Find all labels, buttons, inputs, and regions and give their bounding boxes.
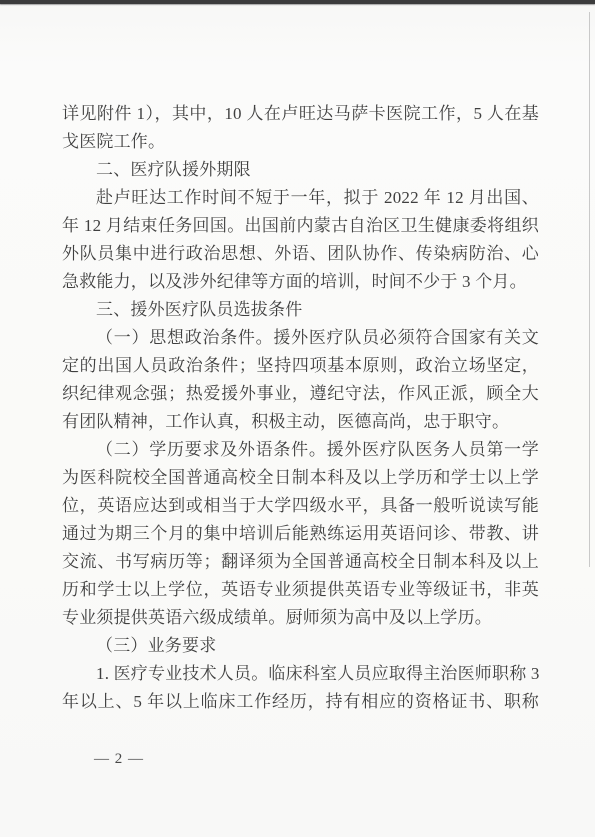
text-line: 位，英语应达到或相当于大学四级水平，具备一般听说读写能力， (62, 492, 539, 520)
text-line: 通过为期三个月的集中培训后能熟练运用英语问诊、带教、讲课、 (62, 520, 539, 548)
document-body: 详见附件 1），其中，10 人在卢旺达马萨卡医院工作，5 人在基本戈医院工作。二… (62, 100, 539, 716)
text-line: 织纪律观念强；热爱援外事业，遵纪守法，作风正派，顾全大局， (62, 380, 539, 408)
text-line: （二）学历要求及外语条件。援外医疗队医务人员第一学历须 (62, 436, 539, 464)
text-line: 有团队精神，工作认真，积极主动，医德高尚，忠于职守。 (62, 408, 539, 436)
text-line: （三）业务要求 (62, 632, 539, 660)
text-line: 专业须提供英语六级成绩单。厨师须为高中及以上学历。 (62, 604, 539, 632)
text-line: 交流、书写病历等；翻译须为全国普通高校全日制本科及以上学 (62, 548, 539, 576)
text-line: 急救能力，以及涉外纪律等方面的培训，时间不少于 3 个月。 (62, 268, 539, 296)
text-line: 历和学士以上学位，英语专业须提供英语专业等级证书，非英语 (62, 576, 539, 604)
text-line: 详见附件 1），其中，10 人在卢旺达马萨卡医院工作，5 人在基本 (62, 100, 539, 128)
text-line: 二、医疗队援外期限 (62, 156, 539, 184)
text-line: 外队员集中进行政治思想、外语、团队协作、传染病防治、心脏 (62, 240, 539, 268)
text-line: 1. 医疗专业技术人员。临床科室人员应取得主治医师职称 3 (62, 660, 539, 688)
text-line: 年以上、5 年以上临床工作经历，持有相应的资格证书、职称证书、 (62, 688, 539, 716)
text-line: 年 12 月结束任务回国。出国前内蒙古自治区卫生健康委将组织援 (62, 212, 539, 240)
text-line: 定的出国人员政治条件；坚持四项基本原则，政治立场坚定，组 (62, 352, 539, 380)
text-line: 赴卢旺达工作时间不短于一年，拟于 2022 年 12 月出国、2023 (62, 184, 539, 212)
page-number: — 2 — (94, 751, 144, 768)
text-line: 为医科院校全国普通高校全日制本科及以上学历和学士以上学 (62, 464, 539, 492)
text-line: （一）思想政治条件。援外医疗队员必须符合国家有关文件规 (62, 324, 539, 352)
text-line: 三、援外医疗队员选拔条件 (62, 296, 539, 324)
document-page: 详见附件 1），其中，10 人在卢旺达马萨卡医院工作，5 人在基本戈医院工作。二… (0, 0, 595, 837)
scan-edge-artifact-top (0, 0, 595, 4)
scan-edge-artifact-right (589, 12, 590, 567)
text-line: 戈医院工作。 (62, 128, 539, 156)
